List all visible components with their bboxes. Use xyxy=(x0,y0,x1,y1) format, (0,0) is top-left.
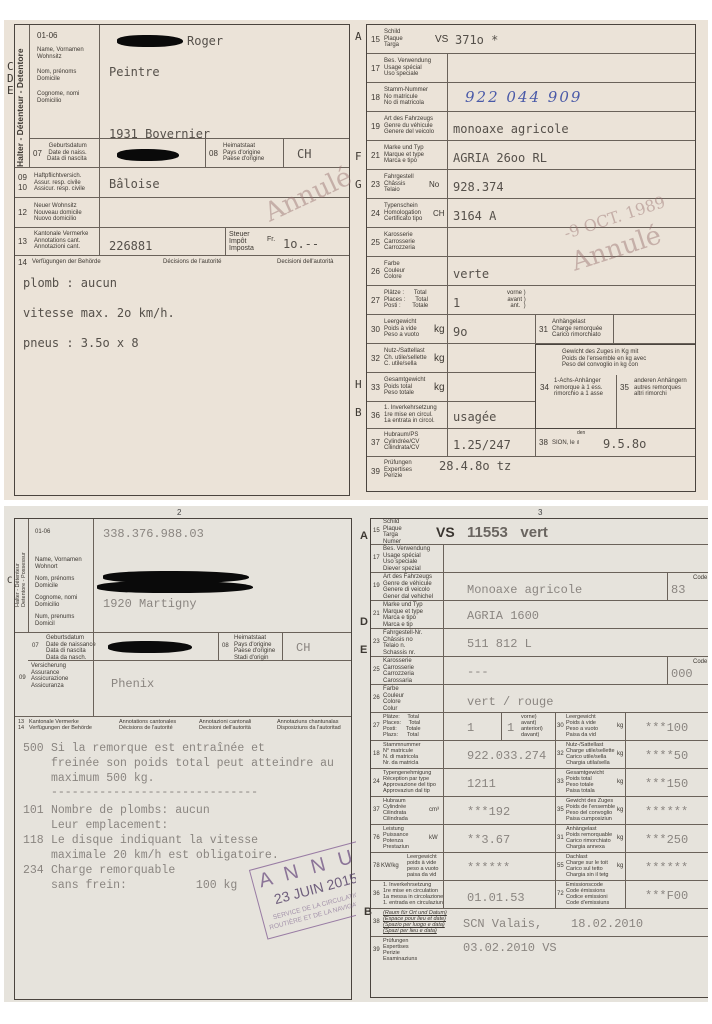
inspections-num: 39 xyxy=(371,467,380,476)
total-weight-label: Gesamtgewicht Poids total Peso totale Pa… xyxy=(566,770,604,794)
payload-value: ****50 xyxy=(645,749,688,763)
chassis-suffix: No xyxy=(429,180,439,189)
power-towed-row-new: 76 Leistung Puissance Potenza Prestaziun… xyxy=(371,825,708,853)
emission-code-value: ***F00 xyxy=(645,889,688,903)
inspections-value: 03.02.2010 VS xyxy=(463,941,557,955)
total-weight-num: 33 xyxy=(557,779,564,786)
towed-load-value: ***250 xyxy=(645,833,688,847)
annotation-text-234: Charge remorquable sans frein: 100 kg xyxy=(51,863,237,893)
margin-letter-c: C xyxy=(7,576,12,586)
power-value: **3.67 xyxy=(467,833,510,847)
inspections-row-new: 39 Prüfungen Expertises Perizie Examinaz… xyxy=(371,937,708,997)
first-registration-value: 01.01.53 xyxy=(467,891,525,905)
color-num: 26 xyxy=(371,267,380,276)
roof-load-num: 55 xyxy=(557,863,564,870)
tax-value: 1o.-- xyxy=(283,237,319,251)
insurance-num: 09 xyxy=(19,675,26,682)
make-num: 21 xyxy=(371,151,380,160)
displacement-num: 37 xyxy=(373,807,380,814)
single-axle-label: 1-Achs-Anhänger remorque à 1 ess. rimorc… xyxy=(554,378,603,398)
plate-value: 11553 vert xyxy=(467,524,548,541)
inspections-num: 39 xyxy=(373,947,380,954)
power-num: 76 xyxy=(373,835,380,842)
birth-num: 07 xyxy=(32,643,39,650)
insurance-value: Bâloise xyxy=(109,177,160,191)
plate-label: Schild Plaque Targa xyxy=(384,29,403,49)
redacted-birthdate xyxy=(108,641,192,653)
approval-total-row-new: 24 Typengenehmigung Réception par type A… xyxy=(371,769,708,797)
towed-load-num: 31 xyxy=(557,835,564,842)
plate-row: 15 Schild Plaque Targa VS 371o * xyxy=(367,25,695,54)
birth-label: Geburtsdatum Date de naiss. Data di nasc… xyxy=(47,143,87,163)
homologation-num: 24 xyxy=(371,209,380,218)
matricule-payload-row-new: 18 Stammnummer N° matricule N. di matric… xyxy=(371,741,708,769)
approval-label: Typengenehmigung Réception par type Appr… xyxy=(383,770,436,794)
vehicle-type-label: Art des Fahrzeugs Genre du véhicule Gene… xyxy=(384,116,434,136)
holder-code: 01-06 xyxy=(35,529,50,536)
payload-unit: kg xyxy=(617,751,623,758)
body-num: 25 xyxy=(373,667,380,674)
homologation-suffix: CH xyxy=(433,209,445,218)
annotation-separator: ------------------------------ xyxy=(51,786,258,799)
annotation-code-500: 500 xyxy=(23,741,44,756)
holder-address: 1920 Martigny xyxy=(103,597,197,611)
first-registration-num: 36 xyxy=(373,891,380,898)
cantonal-value: 226881 xyxy=(109,239,152,253)
vehicle-type-num: 19 xyxy=(373,583,380,590)
first-registration-value: usagée xyxy=(453,410,496,424)
birth-origin-row-new: 07 Geburtsdatum Date de naissance Data d… xyxy=(28,633,351,661)
matricule-value: 922.033.274 xyxy=(467,749,546,763)
emission-code-num: 72 xyxy=(557,891,564,898)
chassis-label: Fahrgestell-Nr. Châssis no Telaio n. Sch… xyxy=(383,630,422,656)
plate-label: Schild Plaque Targa Numer xyxy=(383,519,402,545)
body-code-label: Code xyxy=(693,659,707,666)
vehicle-type-row: 19 Art des Fahrzeugs Genre du véhicule G… xyxy=(367,112,695,141)
vehicle-type-value: monoaxe agricole xyxy=(453,122,569,136)
color-value: verte xyxy=(453,267,489,281)
seats-label: Plätze: Total Places: Total Posti: Total… xyxy=(383,714,421,738)
tax-label: Steuer Impôt Imposta xyxy=(229,231,254,252)
color-label: Farbe Couleur Colore xyxy=(384,261,405,281)
new-domicile-label: Neuer Wohnsitz Nouveau domicile Nuovo do… xyxy=(34,203,82,223)
seats-label: Plätze : Total Places : Total Posti : To… xyxy=(384,290,428,310)
seats-num: 27 xyxy=(371,296,380,305)
old-permit-right-page: A F G H B 15 Schild Plaque Targa VS 371o… xyxy=(356,20,708,500)
seats-total: 1 xyxy=(467,721,474,735)
homologation-value: 3164 A xyxy=(453,209,496,223)
body-row-new: 25 Karosserie Carrosserie Carrozzeria Ca… xyxy=(371,657,708,685)
payload-num: 32 xyxy=(371,354,380,363)
approval-num: 24 xyxy=(373,779,380,786)
holder-vertical-title: Halter - Détenteur - Detentore xyxy=(15,48,25,167)
combo-weight-unit: kg xyxy=(617,807,623,814)
first-registration-label: 1. Inverkehrsetzung 1re mise en circulat… xyxy=(383,882,443,906)
total-weight-unit: kg xyxy=(434,382,445,393)
chassis-value: 928.374 xyxy=(453,180,504,194)
displacement-label: Hubraum/PS Cylindrée/CV Cilindrata/CV xyxy=(384,432,419,452)
decisions-num: 14 xyxy=(18,258,27,267)
plate-num: 15 xyxy=(373,528,380,535)
special-use-row-new: 17 Bes. Verwendung Usage spécial Uso spe… xyxy=(371,545,708,573)
holder-section-new: Halter - Détenteur Detentore - Possessur… xyxy=(15,519,351,633)
seats-front: 1 xyxy=(507,721,514,735)
color-value: vert / rouge xyxy=(467,695,553,709)
holder-number: 338.376.988.03 xyxy=(103,527,204,541)
cantonal-num: 13 xyxy=(18,237,27,246)
margin-letter-b: B xyxy=(355,406,362,419)
total-weight-unit: kg xyxy=(617,779,623,786)
inspections-row: 39 Prüfungen Expertises Perizie 28.4.8o … xyxy=(367,457,695,491)
origin-value: CH xyxy=(296,641,310,655)
displacement-value: 1.25/247 xyxy=(453,438,511,452)
margin-letter-e: E xyxy=(7,84,14,97)
empty-weight-num: 30 xyxy=(371,325,380,334)
body-label: Karosserie Carrosserie Carrozzeria xyxy=(384,232,415,252)
empty-weight-unit: kg xyxy=(617,723,623,730)
seats-num: 27 xyxy=(373,723,380,730)
plate-canton: VS xyxy=(435,34,448,45)
annotation-code-118: 118 xyxy=(23,833,44,848)
power-weight-value: ****** xyxy=(467,861,510,875)
decision-line-3: pneus : 3.5o x 8 xyxy=(23,336,139,350)
special-use-label: Bes. Verwendung Usage spécial Uso specia… xyxy=(383,546,430,572)
holder-label-it: Cognome, nomi Domicilio xyxy=(35,595,77,608)
annotations-header-it: Annotazioni cantonali Decisioni dell'aut… xyxy=(199,719,251,731)
body-num: 25 xyxy=(371,238,380,247)
power-weight-num: 78 xyxy=(373,863,380,870)
power-unit: kW xyxy=(429,835,438,842)
holder-label-fr: Nom, prénoms Domicile xyxy=(37,69,76,82)
margin-letter-a: A xyxy=(355,30,362,43)
origin-label: Heimatstaat Pays d'origine Paese d'origi… xyxy=(223,143,264,163)
displacement-combo-row-new: 37 Hubraum Cylindrée Cilindrata Cilindra… xyxy=(371,797,708,825)
seats-brace-label: vorne ) avant ) ant. ) xyxy=(507,290,526,310)
power-weight-roof-row-new: 78 KW/kg Leergewicht poids à vide peso a… xyxy=(371,853,708,881)
decisions-header-it: Decisioni dell'autorità xyxy=(277,259,334,266)
make-label: Marke und Typ Marque et type Marca e tip… xyxy=(384,145,424,165)
cantonal-row: 13 Kantonale Vermerke Annotations cant. … xyxy=(15,228,349,256)
place-date-num: 38 xyxy=(539,438,548,447)
combo-weight-box: Gewicht des Zuges in Kg mit Poids de l'e… xyxy=(535,344,695,429)
holder-label-fr: Nom, prénoms Domicile xyxy=(35,576,74,589)
cantonal-label: Kantonale Vermerke Annotations cant. Ann… xyxy=(34,231,88,251)
make-label: Marke und Typ Marque et type Marca e tip… xyxy=(383,602,423,628)
insurance-num: 09 10 xyxy=(18,173,27,193)
annotations-header: 13 14 Kantonale Vermerke Verfügungen der… xyxy=(15,719,351,733)
annotation-code-101: 101 xyxy=(23,803,44,818)
weight-row-1: 30 Leergewicht Poids à vide Peso a vuoto… xyxy=(367,315,695,344)
place-date-value: SCN Valais, 18.02.2010 xyxy=(463,917,643,931)
page-number-2: 2 xyxy=(177,508,181,517)
decision-line-1: plomb : aucun xyxy=(23,276,117,290)
annotations-header-rm: Annotaziuns chantunalas Disposiziuns da … xyxy=(277,719,341,731)
special-use-row: 17 Bes. Verwendung Usage spécial Uso spe… xyxy=(367,54,695,83)
payload-unit: kg xyxy=(434,353,445,364)
annotation-text-500: Si la remorque est entraînée et freinée … xyxy=(51,741,334,786)
total-weight-row: 33 Gesamtgewicht Poids total Peso totale… xyxy=(367,373,539,402)
chassis-num: 23 xyxy=(373,639,380,646)
plate-row-new: 15 Schild Plaque Targa Numer VS 11553 ve… xyxy=(371,519,708,545)
inspections-label: Prüfungen Expertises Perizie Examinaziun… xyxy=(383,938,417,962)
margin-letter-h: H xyxy=(355,378,362,391)
holder-section: Halter - Détenteur - Detentore 01-06 Nam… xyxy=(15,25,349,168)
chassis-row-new: 23 Fahrgestell-Nr. Châssis no Telaio n. … xyxy=(371,629,708,657)
single-axle-num: 34 xyxy=(540,383,549,392)
annotation-text-118: Le disque indiquant la vitesse maximale … xyxy=(51,833,279,863)
payload-row: 32 Nutz-/Sattellast Ch. utile/sellette C… xyxy=(367,344,539,373)
towed-load-num: 31 xyxy=(539,325,548,334)
birth-num: 07 xyxy=(33,149,42,158)
plate-num: 15 xyxy=(371,35,380,44)
chassis-value: 511 812 L xyxy=(467,637,532,651)
holder-first-name: Roger xyxy=(187,34,223,48)
holder-label-rm: Num, prenums Domicil xyxy=(35,614,74,627)
other-trailers-num: 35 xyxy=(620,383,629,392)
origin-value: CH xyxy=(297,147,311,161)
margin-letter-e: E xyxy=(360,644,367,656)
chassis-num: 23 xyxy=(371,180,380,189)
displacement-num: 37 xyxy=(371,438,380,447)
vehicle-type-num: 19 xyxy=(371,122,380,131)
holder-label-it: Cognome, nomi Domicilio xyxy=(37,91,79,104)
empty-weight-unit: kg xyxy=(434,324,445,335)
emission-code-label: Emissionscode Code émissions Codice emis… xyxy=(566,882,609,906)
vehicle-type-value: Monoaxe agricole xyxy=(467,583,582,597)
combo-weight-value: ****** xyxy=(645,805,688,819)
chassis-row: 23 Fahrgestell Châssis Telaio No 928.374 xyxy=(367,170,695,199)
annotations-header-nums: 13 14 xyxy=(18,719,24,731)
matricule-label: Stammnummer N° matricule N. di matricola… xyxy=(383,742,421,766)
seats-weight-row-new: 27 Plätze: Total Places: Total Posti: To… xyxy=(371,713,708,741)
insurance-label: Versicherung Assurance Assicurazione Ass… xyxy=(31,663,68,689)
empty-weight-value: 9o xyxy=(453,325,467,339)
empty-weight-label: Leergewicht Poids à vide Peso a vuoto Pa… xyxy=(566,714,598,738)
place-date-small-label: den il xyxy=(577,431,585,446)
displacement-unit: cm³ xyxy=(429,807,439,814)
margin-letter-g: G xyxy=(355,178,362,191)
first-registration-num: 36 xyxy=(371,411,380,420)
vehicle-type-row-new: 19 Art des Fahrzeugs Genre de véhicule G… xyxy=(371,573,708,601)
body-label: Karosserie Carrosserie Carrozzeria Caros… xyxy=(383,658,414,684)
annotations-header-de: Kantonale Vermerke Verfügungen der Behör… xyxy=(29,719,92,731)
vehicle-frame-new: 15 Schild Plaque Targa Numer VS 11553 ve… xyxy=(370,518,708,998)
displacement-value: ***192 xyxy=(467,805,510,819)
body-code: 000 xyxy=(671,667,693,681)
redacted-birthdate xyxy=(117,149,179,161)
total-weight-num: 33 xyxy=(371,383,380,392)
displacement-label: Hubraum Cylindrée Cilindrata Cilindrada xyxy=(383,798,408,822)
body-value: --- xyxy=(467,665,489,679)
old-permit-left-page: C D E Halter - Détenteur - Detentore 01-… xyxy=(4,20,356,500)
new-permit-page-2: 2 C Halter - Détenteur Detentore - Posse… xyxy=(4,506,356,1002)
holder-label-de: Name, Vornamen Wohnsitz xyxy=(37,47,84,60)
color-row-new: 26 Farbe Couleur Colore Colur vert / rou… xyxy=(371,685,708,713)
birth-label: Geburtsdatum Date de naissance Data di n… xyxy=(46,635,96,661)
origin-num: 08 xyxy=(209,149,218,158)
empty-weight-num: 30 xyxy=(557,723,564,730)
annotations-header-fr: Annotations cantonales Décisions de l'au… xyxy=(119,719,176,731)
first-registration-label: 1. Inverkehrsetzung 1re mise en circul. … xyxy=(384,405,437,425)
holder-code: 01-06 xyxy=(37,33,57,40)
margin-letter-a: A xyxy=(360,530,368,542)
place-date-row-new: 38 (Raum für Ort und Datum) (Espace pour… xyxy=(371,909,708,937)
make-value: AGRIA 1600 xyxy=(467,609,539,623)
insurance-row-new: 09 Versicherung Assurance Assicurazione … xyxy=(15,661,351,717)
payload-label: Nutz-/Sattellast Charge utile/sellette C… xyxy=(566,742,615,766)
seats-front-label: vorne) avant) anteriori) davant) xyxy=(521,714,543,738)
total-weight-label: Gesamtgewicht Poids total Peso totale xyxy=(384,377,425,397)
decisions-header-de: Verfügungen der Behörde xyxy=(32,259,101,266)
vehicle-type-label: Art des Fahrzeugs Genre de véhicule Gene… xyxy=(383,574,433,600)
seats-row: 27 Plätze : Total Places : Total Posti :… xyxy=(367,286,695,315)
new-permit-page-3: 3 A D E B 15 Schild Plaque Targa Numer V… xyxy=(356,506,708,1002)
towed-load-label: Anhängelast Poids remorquable Carico rim… xyxy=(566,826,612,850)
holder-vertical-title: Halter - Détenteur Detentore - Possessur xyxy=(15,552,27,607)
decision-line-2: vitesse max. 2o km/h. xyxy=(23,306,175,320)
place-date-label: (Raum für Ort und Datum) (Espace pour li… xyxy=(383,910,447,934)
page-number-3: 3 xyxy=(538,508,542,517)
insurance-label: Haftpflichtversich. Assur. resp. civile … xyxy=(34,173,85,193)
power-weight-label: Leergewicht poids à vide peso a vuoto pa… xyxy=(407,854,439,878)
inspections-value: 28.4.8o tz xyxy=(439,459,511,473)
annotation-text-101: Nombre de plombs: aucun Leur emplacement… xyxy=(51,803,210,833)
power-label: Leistung Puissance Potenza Prestaziun xyxy=(383,826,409,850)
margin-letter-d: D xyxy=(360,616,368,628)
matricule-num: 18 xyxy=(371,93,380,102)
tax-currency: Fr. xyxy=(267,237,275,244)
insurance-value: Phenix xyxy=(111,677,154,691)
homologation-label: Typenschein Homologation Certificato tip… xyxy=(384,203,422,223)
approval-value: 1211 xyxy=(467,777,496,791)
holder-label-de: Name, Vornamen Wohnort xyxy=(35,557,82,570)
displacement-row: 37 Hubraum/PS Cylindrée/CV Cilindrata/CV… xyxy=(367,429,695,457)
vehicle-type-code: 83 xyxy=(671,583,685,597)
empty-weight-value: ***100 xyxy=(645,721,688,735)
place-date-value: 9.5.8o xyxy=(603,437,646,451)
matricule-value-handwritten: 922 044 909 xyxy=(465,88,582,106)
origin-num: 08 xyxy=(222,643,229,650)
annotation-code-234: 234 xyxy=(23,863,44,878)
decisions-section: 14 Verfügungen der Behörde Décisions de … xyxy=(15,256,349,495)
origin-label: Heimatstaat Pays d'origine Paese d'origi… xyxy=(234,635,275,661)
matricule-num: 18 xyxy=(373,751,380,758)
combo-weight-num: 35 xyxy=(557,807,564,814)
special-use-num: 17 xyxy=(371,64,380,73)
total-weight-value: ***150 xyxy=(645,777,688,791)
vehicle-frame: 15 Schild Plaque Targa VS 371o * 17 Bes.… xyxy=(366,24,696,492)
place-date-label: SION, le xyxy=(552,440,575,447)
plate-canton: VS xyxy=(436,524,455,540)
combo-weight-label: Gewicht des Zuges Poids de l'ensemble Pe… xyxy=(566,798,615,822)
seats-value: 1 xyxy=(453,296,460,310)
margin-letter-f: F xyxy=(355,150,362,163)
make-value: AGRIA 26oo RL xyxy=(453,151,547,165)
payload-num: 32 xyxy=(557,751,564,758)
color-num: 26 xyxy=(373,695,380,702)
new-domicile-num: 12 xyxy=(18,208,27,217)
place-date-num: 38 xyxy=(373,919,380,926)
chassis-label: Fahrgestell Châssis Telaio xyxy=(384,174,414,194)
decisions-header-fr: Décisions de l'autorité xyxy=(163,259,222,266)
roof-load-label: Dachlast Charge sur le toit Carico sul t… xyxy=(566,854,609,878)
make-row: 21 Marke und Typ Marque et type Marca e … xyxy=(367,141,695,170)
power-weight-unit: KW/kg xyxy=(381,863,399,870)
redacted-surname xyxy=(117,35,183,47)
matricule-row: 18 Stamm-Nummer No matricule No di matri… xyxy=(367,83,695,112)
plate-value: 371o * xyxy=(455,33,498,47)
vehicle-type-code-label: Code xyxy=(693,575,707,582)
matricule-label: Stamm-Nummer No matricule No di matricol… xyxy=(384,87,428,107)
make-num: 21 xyxy=(373,611,380,618)
special-use-num: 17 xyxy=(373,555,380,562)
holder-frame: Halter - Détenteur - Detentore 01-06 Nam… xyxy=(14,24,350,496)
combo-weight-label: Gewicht des Zuges in Kg mit Poids de l'e… xyxy=(562,349,646,369)
make-row-new: 21 Marke und Typ Marque et type Marca e … xyxy=(371,601,708,629)
towed-load-label: Anhängelast Charge remorquée Carico rimo… xyxy=(552,319,602,339)
roof-load-unit: kg xyxy=(617,863,623,870)
inspections-label: Prüfungen Expertises Perizie xyxy=(384,460,412,480)
color-row: 26 Farbe Couleur Colore verte xyxy=(367,257,695,286)
towed-load-unit: kg xyxy=(617,835,623,842)
color-label: Farbe Couleur Colore Colur xyxy=(383,686,404,712)
registration-emission-row-new: 36 1. Inverkehrsetzung 1re mise en circu… xyxy=(371,881,708,909)
payload-label: Nutz-/Sattellast Ch. utile/sellette C. u… xyxy=(384,348,427,368)
other-trailers-label: anderen Anhängern autres remorques altri… xyxy=(634,378,687,398)
special-use-label: Bes. Verwendung Usage spécial Uso specia… xyxy=(384,58,431,78)
holder-profession: Peintre xyxy=(109,65,160,79)
roof-load-value: ****** xyxy=(645,861,688,875)
redacted-street xyxy=(97,581,253,593)
empty-weight-label: Leergewicht Poids à vide Peso a vuoto xyxy=(384,319,419,339)
